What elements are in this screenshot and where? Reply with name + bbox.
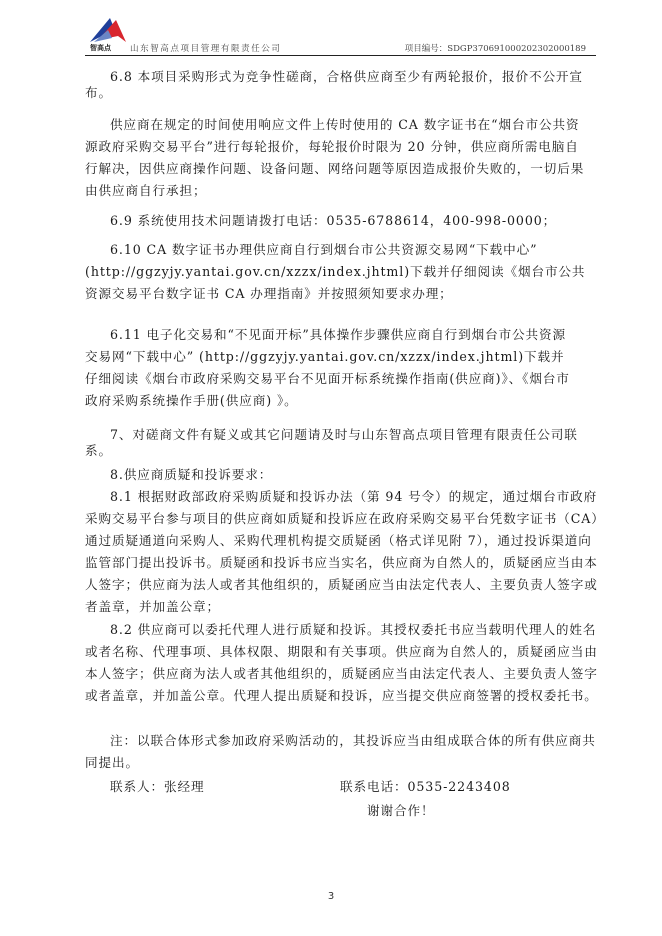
para-quote-line: 源政府采购交易平台”进行每轮报价，每轮报价时限为 20 分钟，供应商所需电脑自 (85, 139, 585, 155)
para-6-11-line: 政府采购系统操作手册(供应商) 》。 (85, 393, 585, 409)
para-8-2-line: 或者盖章，并加盖公章。代理人提出质疑和投诉，应当提交供应商签署的授权委托书。 (85, 688, 585, 704)
para-8-2-line: 本人签字；供应商为法人或者其他组织的，质疑函应当由法定代表人、主要负责人签字 (85, 666, 585, 682)
para-8-1-line: 8.1 根据财政部政府采购质疑和投诉办法（第 94 号令）的规定，通过烟台市政府 (110, 489, 610, 505)
para-8-1-line: 通过质疑通道向采购人、采购代理机构提交质疑函（格式详见附 7），通过投诉渠道向 (85, 533, 585, 549)
para-note-line: 同提出。 (85, 755, 585, 771)
para-6-11-line: 仔细阅读《烟台市政府采购交易平台不见面开标系统操作指南(供应商)》、《烟台市 (85, 371, 585, 387)
contact-phone: 联系电话：0535-2243408 (340, 779, 590, 795)
para-8-2-line: 8.2 供应商可以委托代理人进行质疑和投诉。其授权委托书应当载明代理人的姓名 (110, 622, 610, 638)
para-6-10-line: 资源交易平台数字证书 CA 办理指南》并按照须知要求办理； (85, 286, 585, 302)
para-7-line: 7、对磋商文件有疑义或其它问题请及时与山东智高点项目管理有限责任公司联 (110, 427, 610, 443)
para-8-heading: 8.供应商质疑和投诉要求： (110, 467, 610, 483)
para-6-11-line: 6.11 电子化交易和“不见面开标”具体操作步骤供应商自行到烟台市公共资源 (110, 327, 610, 343)
para-6-10-line: 6.10 CA 数字证书办理供应商自行到烟台市公共资源交易网“下载中心” (110, 242, 610, 258)
para-6-11-line: 交易网“下载中心” (http://ggzyjy.yantai.gov.cn/x… (85, 349, 585, 365)
document-page: 智高点 山东智高点项目管理有限责任公司 项目编号：SDGP37069100020… (0, 0, 662, 936)
para-quote-line: 供应商在规定的时间使用响应文件上传时使用的 CA 数字证书在“烟台市公共资 (110, 117, 610, 133)
para-7-line: 系。 (85, 443, 585, 459)
para-8-1-line: 采购交易平台参与项目的供应商如质疑和投诉应在政府采购交易平台凭数字证书（CA） (85, 511, 585, 527)
para-6-9-line: 6.9 系统使用技术问题请拨打电话：0535-6788614，400-998-0… (110, 213, 610, 229)
header-company-name: 山东智高点项目管理有限责任公司 (130, 42, 282, 54)
para-6-10-line: (http://ggzyjy.yantai.gov.cn/xzzx/index.… (85, 264, 585, 280)
para-quote-line: 行解决，因供应商操作问题、设备问题、网络问题等原因造成报价失败的，一切后果 (85, 161, 585, 177)
para-6-8-line: 6.8 本项目采购形式为竞争性磋商，合格供应商至少有两轮报价，报价不公开宣 (110, 69, 610, 85)
para-8-1-line: 者盖章，并加盖公章； (85, 599, 585, 615)
para-8-1-line: 监管部门提出投诉书。质疑函和投诉书应当实名，供应商为自然人的，质疑函应当由本 (85, 555, 585, 571)
header-project-number: 项目编号：SDGP370691000202302000189 (405, 42, 586, 54)
logo-label: 智高点 (90, 43, 111, 53)
para-quote-line: 由供应商自行承担； (85, 183, 585, 199)
thanks-text: 谢谢合作！ (367, 803, 567, 819)
para-6-8-line: 布。 (85, 85, 585, 101)
header-divider (85, 55, 596, 56)
para-note-line: 注：以联合体形式参加政府采购活动的，其投诉应当由组成联合体的所有供应商共 (110, 733, 610, 749)
para-8-2-line: 或者名称、代理事项、具体权限、期限和有关事项。供应商为自然人的，质疑函应当由 (85, 644, 585, 660)
page-number: 3 (0, 891, 662, 902)
para-8-1-line: 人签字；供应商为法人或者其他组织的，质疑函应当由法定代表人、主要负责人签字或 (85, 577, 585, 593)
